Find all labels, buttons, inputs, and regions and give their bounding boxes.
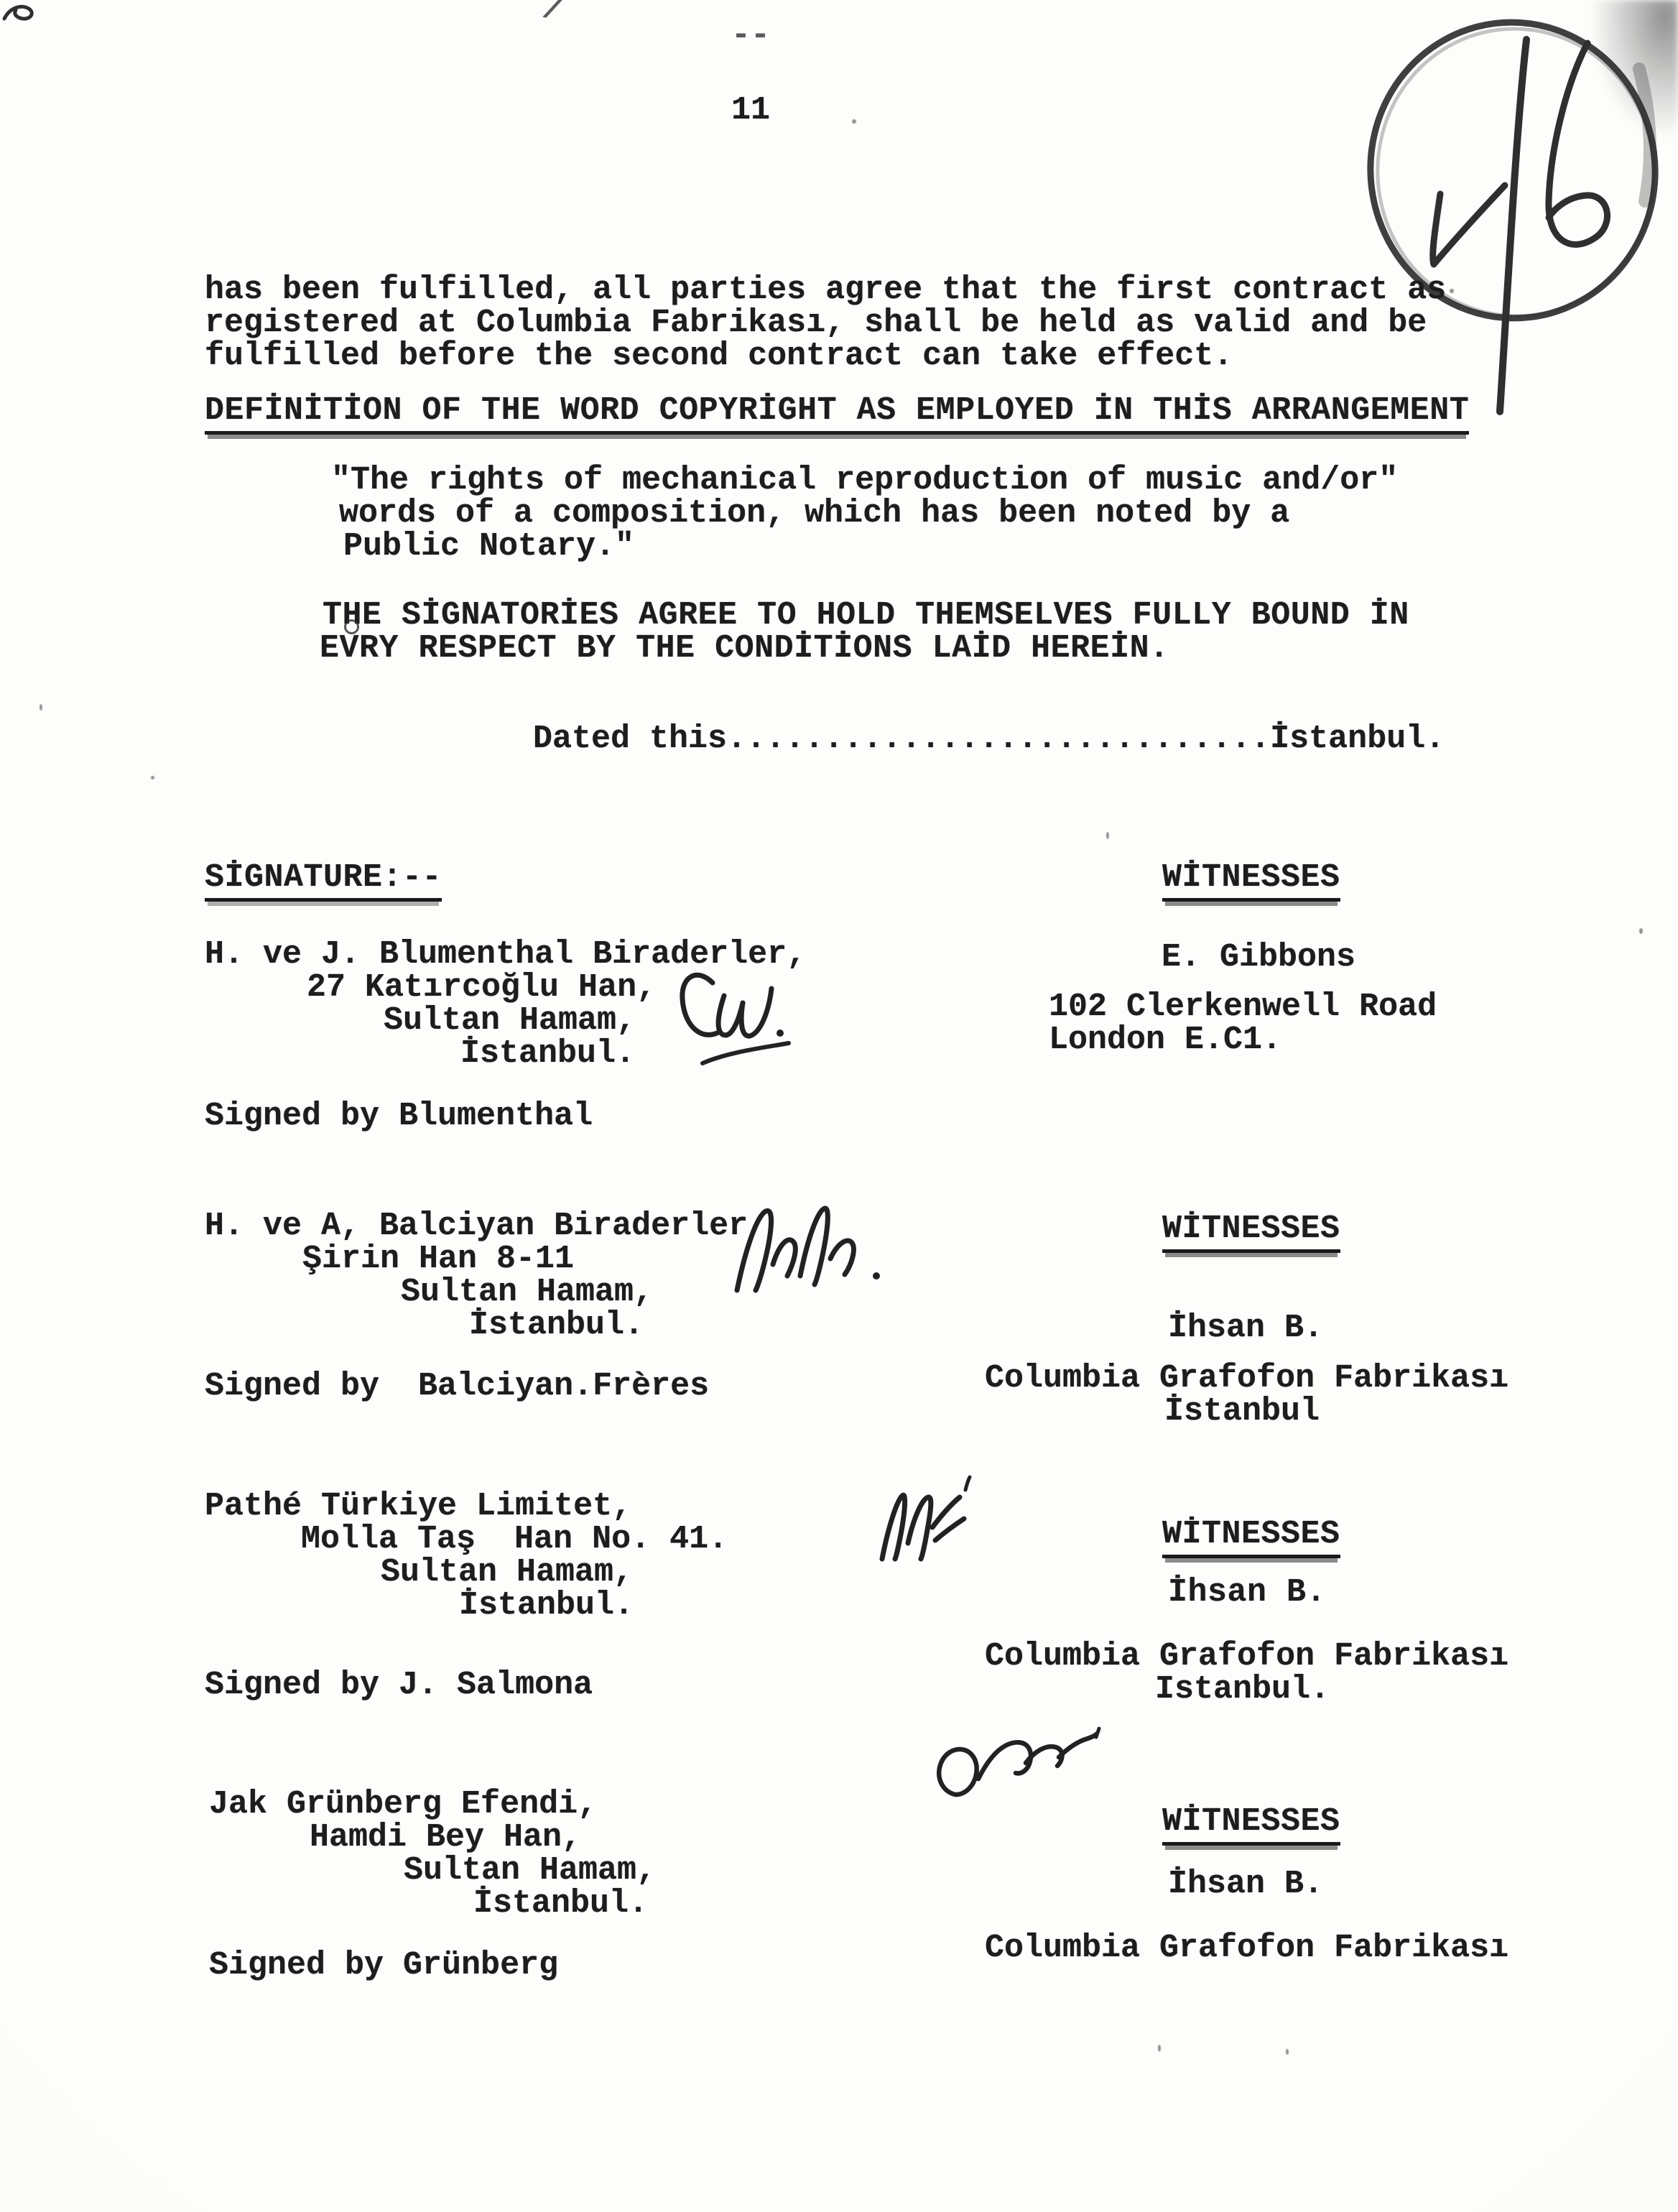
party3-line-2: Molla Taş Han No. 41. [301,1522,728,1556]
witness3-city: Istanbul. [1155,1672,1330,1706]
witness3-name: İhsan B. [1168,1575,1326,1609]
scan-dash-mark: -- [731,19,770,52]
declaration-line-1: THE SİGNATORİES AGREE TO HOLD THEMSELVES… [323,598,1409,632]
witness2-name: İhsan B. [1168,1311,1323,1345]
party1-line-4: İstanbul. [460,1037,635,1070]
intro-line-1: has been fulfilled, all parties agree th… [205,273,1446,307]
quote-line-1: "The rights of mechanical reproduction o… [331,463,1398,497]
scan-speck [151,776,154,779]
intro-line-2: registered at Columbia Fabrikası, shall … [205,306,1427,340]
handwritten-signature-salmona [863,1474,975,1578]
handwritten-circled-46 [1343,6,1678,437]
party4-line-2: Hamdi Bey Han, [310,1820,581,1854]
handwritten-signature-balciyan [717,1198,896,1302]
signed-by-2: Signed by Balciyan.Frères [205,1369,709,1403]
party4-line-3: Sultan Hamam, [404,1854,656,1887]
party4-line-1: Jak Grünberg Efendi, [209,1787,597,1821]
party2-line-3: Sultan Hamam, [401,1275,653,1309]
witness2-company: Columbia Grafofon Fabrikası [985,1361,1508,1395]
witness4-name: İhsan B. [1168,1867,1323,1901]
handwritten-signature-grunberg [925,1726,1105,1819]
witness2-city: İstanbul [1164,1394,1320,1428]
witnesses-heading-3: WİTNESSES [1162,1517,1340,1558]
witness1-address-2: London E.C1. [1049,1023,1281,1057]
party2-line-4: İstanbul. [469,1308,644,1342]
party3-line-4: İstanbul. [459,1588,634,1622]
party2-line-1: H. ve A, Balciyan Biraderler [205,1209,748,1243]
party1-line-3: Sultan Hamam, [384,1004,636,1037]
party4-line-4: İstanbul. [473,1887,648,1920]
signed-by-4: Signed by Grünberg [209,1948,558,1982]
scan-speck [1450,289,1454,293]
witness1-address-1: 102 Clerkenwell Road [1049,990,1437,1024]
signed-by-3: Signed by J. Salmona [205,1668,593,1702]
page-number: 11 [731,93,770,127]
definition-heading: DEFİNİTİON OF THE WORD COPYRİGHT AS EMPL… [205,394,1469,435]
witness4-company: Columbia Grafofon Fabrikası [985,1931,1508,1965]
witness1-name: E. Gibbons [1162,940,1355,974]
witness3-company: Columbia Grafofon Fabrikası [985,1639,1508,1673]
pencil-squiggle-mark [0,0,43,29]
scan-speck [40,704,42,711]
party3-line-3: Sultan Hamam, [381,1555,633,1589]
scan-speck [1639,928,1643,934]
signed-by-1: Signed by Blumenthal [205,1099,593,1133]
witnesses-heading-2: WİTNESSES [1162,1212,1340,1253]
quote-line-3: Public Notary." [343,529,634,563]
scan-speck [1106,832,1109,839]
scan-slash-mark: / [539,0,565,29]
typo-ring-artifact [344,619,359,634]
declaration-line-2: EVRY RESPECT BY THE CONDİTİONS LAİD HERE… [320,631,1169,665]
witnesses-heading-4: WİTNESSES [1162,1805,1340,1846]
party1-line-2: 27 Katırcoğlu Han, [307,971,656,1004]
scan-speck [1158,2045,1161,2052]
dated-line: Dated this............................İs… [533,722,1445,756]
party3-line-1: Pathé Türkiye Limitet, [205,1489,631,1523]
scanned-contract-page: / -- 11 has been fulfilled, all parties … [0,0,1678,2212]
quote-line-2: words of a composition, which has been n… [339,496,1289,530]
intro-line-3: fulfilled before the second contract can… [205,339,1233,373]
party2-line-2: Şirin Han 8-11 [302,1242,574,1276]
handwritten-signature-blumenthal [668,961,819,1076]
scan-speck [1286,2049,1289,2055]
scan-speck [852,119,856,124]
witnesses-heading-1: WİTNESSES [1162,861,1340,902]
signature-heading: SİGNATURE:-- [205,861,442,902]
